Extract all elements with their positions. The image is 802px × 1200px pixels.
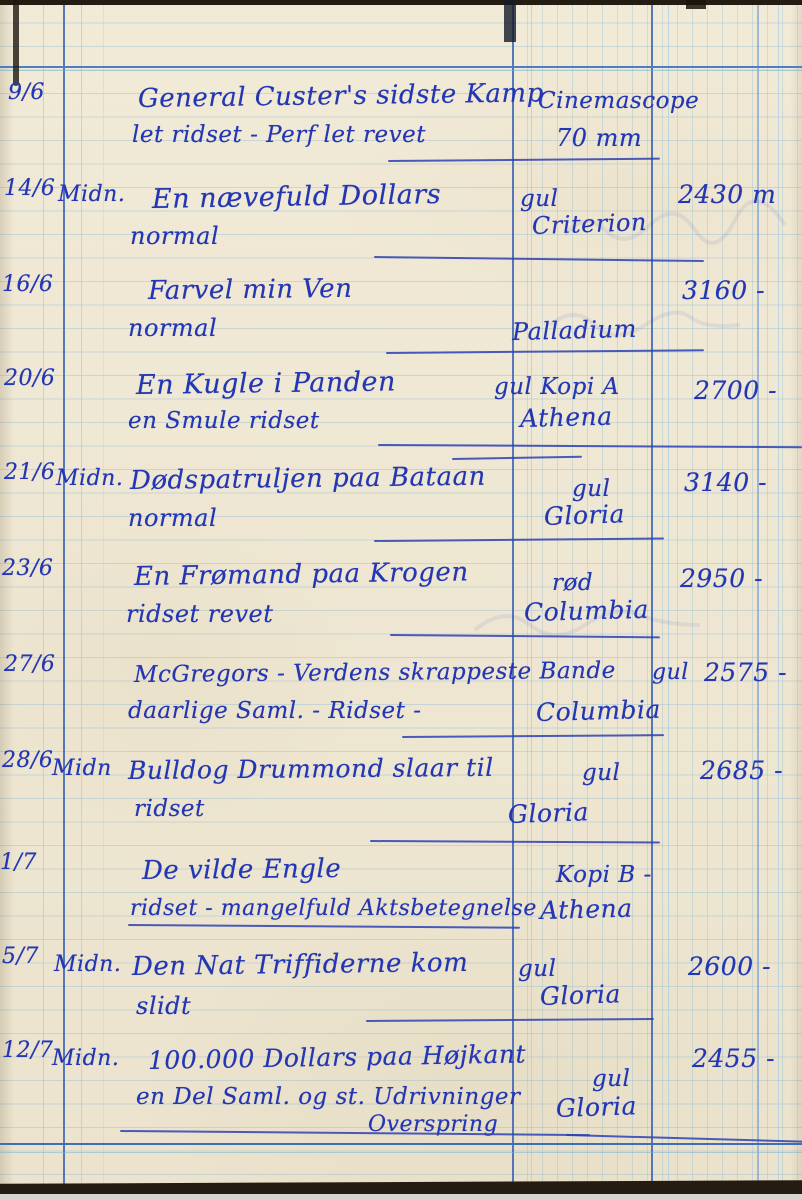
condition-note: ridset - mangelfuld Aktsbetegnelse <box>130 896 537 921</box>
distributor-name: Gloria <box>543 499 625 531</box>
entry-date: 21/6 <box>4 460 55 485</box>
film-title: Farvel min Ven <box>148 274 353 306</box>
edge-blot <box>686 0 706 9</box>
distributor-color: gul <box>520 186 558 212</box>
condition-note: ridset <box>134 796 205 822</box>
page-top-edge <box>0 0 802 5</box>
condition-note: daarlige Saml. - Ridset - <box>128 698 421 724</box>
session-note: Midn. <box>58 182 125 207</box>
distributor-color: gul <box>572 476 610 502</box>
entry-date: 28/6 <box>2 748 53 773</box>
distributor-color: gul <box>518 956 556 982</box>
distributor-name: Athena <box>540 894 633 925</box>
rule-vertical <box>81 0 82 1185</box>
scanner-background <box>0 1194 802 1200</box>
distributor-name: Columbia <box>524 595 650 627</box>
edge-blot <box>504 0 516 42</box>
distributor-name: Gloria <box>555 1091 637 1123</box>
session-note: Midn. <box>56 466 123 491</box>
film-length: 2575 - <box>704 658 787 687</box>
film-title: En Kugle i Panden <box>136 366 396 401</box>
entry-date: 9/6 <box>8 80 45 105</box>
distributor-name: Criterion <box>532 208 648 240</box>
film-title: 100.000 Dollars paa Højkant <box>148 1039 527 1075</box>
distributor-color: gul Kopi A <box>494 374 620 400</box>
entry-date: 27/6 <box>4 652 55 677</box>
film-length: 2600 - <box>688 952 771 981</box>
ledger-page: 9/6 General Custer's sidste Kamp let rid… <box>0 0 802 1200</box>
rule-vertical <box>103 0 104 1185</box>
film-length: 2950 - <box>680 564 763 593</box>
header-rule <box>0 66 802 68</box>
rule-vertical <box>778 0 779 1185</box>
distributor-color: gul <box>582 760 620 786</box>
entry-date: 12/7 <box>2 1038 53 1063</box>
distributor-name: Athena <box>520 402 613 433</box>
distributor-name: Columbia <box>536 695 662 727</box>
footer-rule-shadow <box>0 1152 802 1153</box>
distributor-color: Kopi B - <box>556 862 652 888</box>
film-length: 2685 - <box>700 756 783 785</box>
distributor-color: gul <box>592 1066 630 1092</box>
rule-vertical <box>512 0 514 1185</box>
session-note: Midn. <box>54 952 121 977</box>
session-note: Midn <box>52 756 112 781</box>
entry-date: 1/7 <box>0 850 37 875</box>
condition-note: en Del Saml. og st. Udrivninger <box>136 1084 521 1110</box>
condition-note: normal <box>130 222 219 250</box>
condition-note: en Smule ridset <box>128 408 320 434</box>
distributor-name: Gloria <box>507 797 589 829</box>
header-rule-shadow <box>0 70 802 71</box>
distributor-name: Palladium <box>512 315 637 346</box>
film-length: 3160 - <box>682 276 765 305</box>
entry-separator <box>128 924 520 929</box>
film-title: En nævefuld Dollars <box>152 179 442 215</box>
film-length: 2455 - <box>692 1044 775 1073</box>
film-length: 3140 - <box>684 468 767 497</box>
entry-date: 20/6 <box>4 366 55 391</box>
condition-note: let ridset - Perf let revet <box>132 122 426 148</box>
condition-note: ridset revet <box>126 600 273 628</box>
entry-date: 5/7 <box>2 944 39 969</box>
film-title: De vilde Engle <box>142 854 341 886</box>
film-title: General Custer's sidste Kamp <box>138 78 544 114</box>
distributor-color: gul <box>652 660 689 685</box>
entry-date: 23/6 <box>2 556 53 581</box>
distributor-color: Cinemascope <box>538 88 699 114</box>
rule-vertical <box>668 0 669 1185</box>
binding-mark <box>13 0 19 86</box>
condition-note: slidt <box>136 992 191 1020</box>
condition-note: normal <box>128 314 217 342</box>
film-title: Den Nat Triffiderne kom <box>132 948 469 982</box>
footer-rule <box>0 1143 802 1145</box>
distributor-name: 70 mm <box>556 124 642 152</box>
entry-date: 16/6 <box>2 272 53 297</box>
distributor-color: rød <box>552 570 593 596</box>
film-title: Bulldog Drummond slaar til <box>128 753 494 785</box>
rule-vertical <box>651 0 653 1185</box>
distributor-name: Gloria <box>539 979 621 1011</box>
rule-vertical <box>531 0 532 1185</box>
session-note: Midn. <box>52 1046 119 1071</box>
film-length: 2700 - <box>694 376 777 405</box>
entry-date: 14/6 <box>4 176 55 201</box>
film-title: Dødspatruljen paa Bataan <box>130 462 486 496</box>
film-title: En Frømand paa Krogen <box>134 557 469 592</box>
condition-note: normal <box>128 504 217 532</box>
film-title: McGregors - Verdens skrappeste Bande <box>134 658 616 688</box>
film-length: 2430 m <box>678 180 776 209</box>
rule-vertical <box>63 0 65 1185</box>
